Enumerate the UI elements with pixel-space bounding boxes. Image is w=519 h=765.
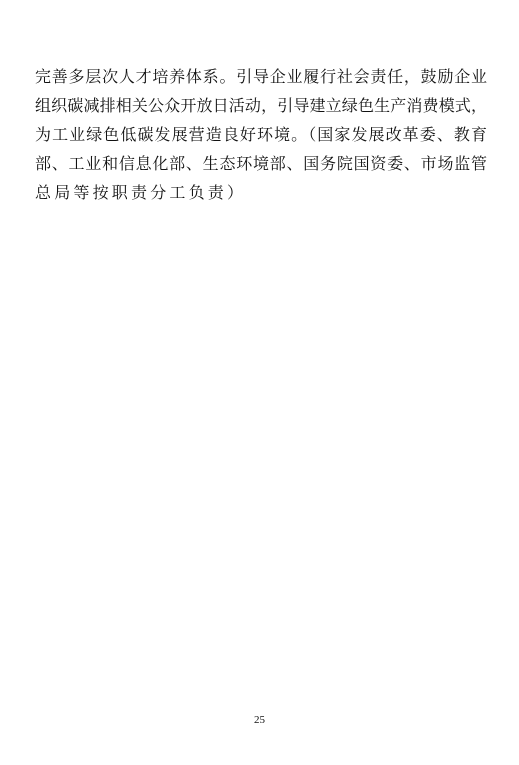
paragraph-line: 为工业绿色低碳发展营造良好环境。（国家发展改革委、教育: [35, 120, 487, 149]
paragraph-line: 部、工业和信息化部、生态环境部、国务院国资委、市场监管: [35, 149, 487, 178]
page-number: 25: [0, 714, 519, 726]
paragraph: 完善多层次人才培养体系。引导企业履行社会责任，鼓励企业 组织碳减排相关公众开放日…: [35, 62, 487, 207]
paragraph-line: 总局等按职责分工负责）: [35, 178, 487, 207]
paragraph-line: 完善多层次人才培养体系。引导企业履行社会责任，鼓励企业: [35, 62, 487, 91]
paragraph-line: 组织碳减排相关公众开放日活动，引导建立绿色生产消费模式，: [35, 91, 487, 120]
document-page: 完善多层次人才培养体系。引导企业履行社会责任，鼓励企业 组织碳减排相关公众开放日…: [0, 0, 519, 765]
